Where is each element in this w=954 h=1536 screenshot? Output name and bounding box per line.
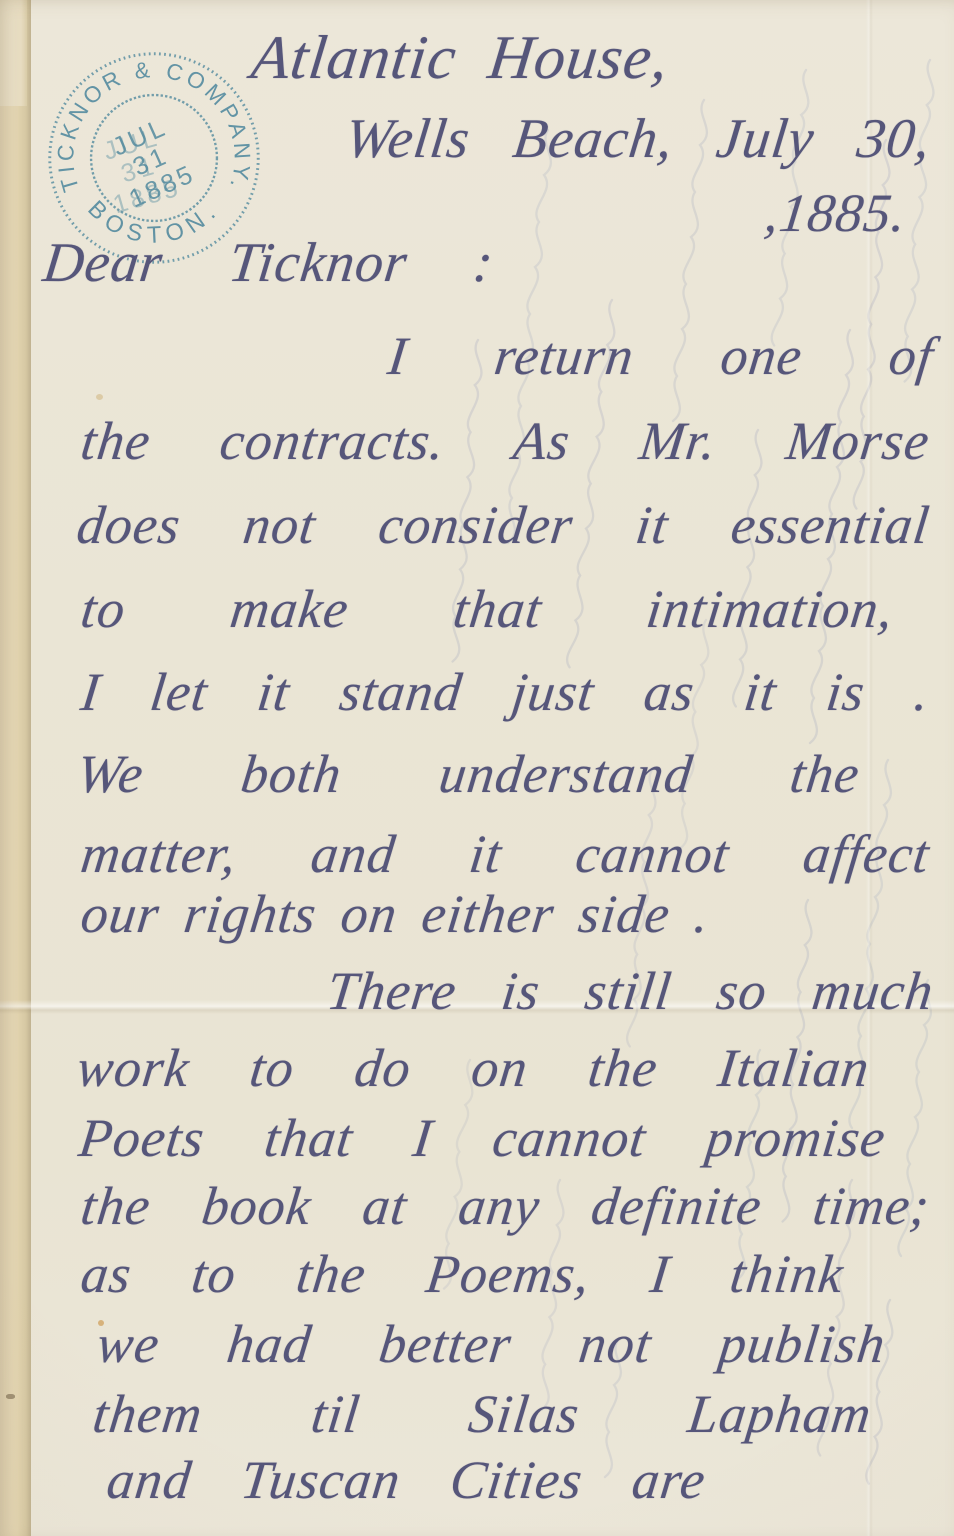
handwriting-line-heading-year: ,1885. bbox=[762, 185, 910, 242]
handwriting-line: I return one of bbox=[385, 328, 937, 385]
handwriting-line: work to do on the Italian bbox=[74, 1040, 873, 1097]
letter-page: TICKNOR & COMPANY. BOSTON. JUL 31 1885 J… bbox=[0, 0, 954, 1536]
handwriting-line: the contracts. As Mr. Morse bbox=[78, 413, 933, 470]
handwriting-line-heading-place: Atlantic House, bbox=[248, 26, 673, 91]
handwriting-line: we had better not publish bbox=[94, 1316, 889, 1373]
handwriting-line: as to the Poems, I think bbox=[78, 1246, 847, 1303]
handwriting-line: We both understand the bbox=[74, 746, 863, 803]
ghost-writing-stroke bbox=[680, 620, 709, 849]
handwriting-line: to make that intimation, bbox=[78, 581, 897, 638]
foxing-spot bbox=[96, 394, 103, 400]
handwriting-line: Poets that I cannot promise bbox=[76, 1110, 889, 1167]
adjacent-page-edge-top bbox=[0, 0, 27, 106]
handwriting-line: matter, and it cannot affect bbox=[78, 826, 933, 883]
handwriting-line: does not consider it essential bbox=[74, 497, 933, 554]
handwriting-line: There is still so much bbox=[324, 963, 937, 1020]
adjacent-page-edge bbox=[0, 0, 31, 1536]
handwriting-line: them til Silas Lapham bbox=[90, 1386, 875, 1443]
handwriting-line-salutation: Dear Ticknor : bbox=[40, 234, 497, 293]
handwriting-line: I let it stand just as it is . bbox=[78, 664, 933, 721]
handwriting-line: and Tuscan Cities are bbox=[104, 1452, 709, 1509]
handwriting-line: the book at any definite time; bbox=[78, 1178, 933, 1235]
handwriting-line: our rights on either side . bbox=[78, 886, 713, 943]
handwriting-line-heading-date: Wells Beach, July 30, bbox=[342, 110, 934, 169]
